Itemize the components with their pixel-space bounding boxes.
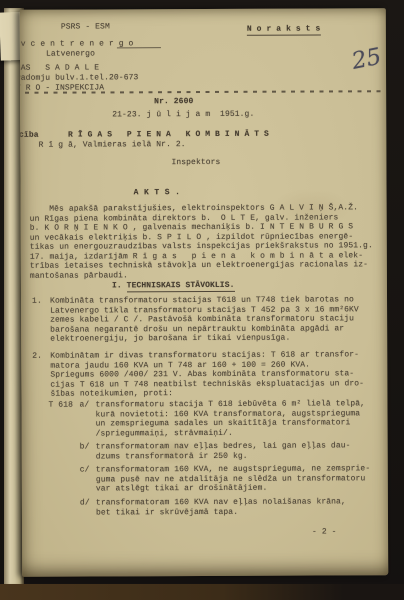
sub-item-a-label: a/ (79, 401, 89, 411)
section-1-numeral: I. (112, 281, 127, 290)
dashed-separator (20, 90, 386, 94)
point-2-number: 2. (32, 352, 42, 362)
inspector-label: Inspektors (171, 158, 220, 168)
letterhead-org-latvenergo: Latvenergo (46, 49, 95, 59)
intro-paragraph: Mēs apakšā parakstījušies, elektroinspek… (30, 203, 373, 280)
section-1-title: TECHNISKAIS STĀVOKLIS. (127, 281, 235, 292)
copy-label: N o r a k s t s (247, 24, 321, 35)
point-1-number: 1. (32, 297, 42, 307)
sub-item-b-label: b/ (80, 443, 90, 453)
sub-item-c-label: c/ (80, 466, 90, 476)
sub-item-c-text: transformatoram 160 KVA, ne augstspriegu… (96, 464, 371, 494)
letterhead-rule (117, 47, 161, 48)
document-sheet: PSRS - ESM N o r a k s t s a v c e n t r… (20, 8, 388, 577)
sub-item-d-label: d/ (80, 499, 90, 509)
point-1-text: Kombināta transformatoru stacijas T618 u… (50, 295, 359, 344)
letterhead-country-ministry: PSRS - ESM (61, 22, 110, 32)
letterhead-department: ĢIJAS S A D A L E (20, 63, 99, 73)
sub-item-b-text: transformatoram nav eļļas bedres, lai ga… (96, 441, 351, 461)
handwritten-page-number: 25 (350, 44, 384, 75)
document-date: 21-23. j ū l i j a m 1951.g. (112, 110, 254, 120)
scanned-document-page: PSRS - ESM N o r a k s t s a v c e n t r… (0, 0, 404, 600)
typed-page-number: - 2 - (312, 527, 337, 537)
sub-item-a-station-prefix: T 618 (48, 401, 73, 411)
act-title: A K T S . (134, 188, 181, 198)
document-number: Nr. 2600 (154, 97, 193, 107)
section-1-heading: I. TECHNISKAIS STĀVOKLIS. (112, 281, 235, 291)
subject-enterprise-address: ese R ī g ā, Valmieras ielā Nr. 2. (20, 140, 186, 150)
sub-item-a-text: transformatoru stacija T 618 iebūvēta 6 … (95, 399, 365, 438)
subject-enterprise-name: niecība R Ī G A S P I E N A K O M B I N … (20, 130, 269, 141)
point-2-text: Kombinātam ir divas transformatoru staci… (50, 350, 364, 399)
letterhead-address-phone: , Padomju bulv.1.tel.20-673 (20, 73, 139, 83)
sub-item-d-text: transformatoram 160 KVA nav eļļas nolaiš… (96, 497, 346, 517)
book-cover-edge (0, 584, 404, 600)
